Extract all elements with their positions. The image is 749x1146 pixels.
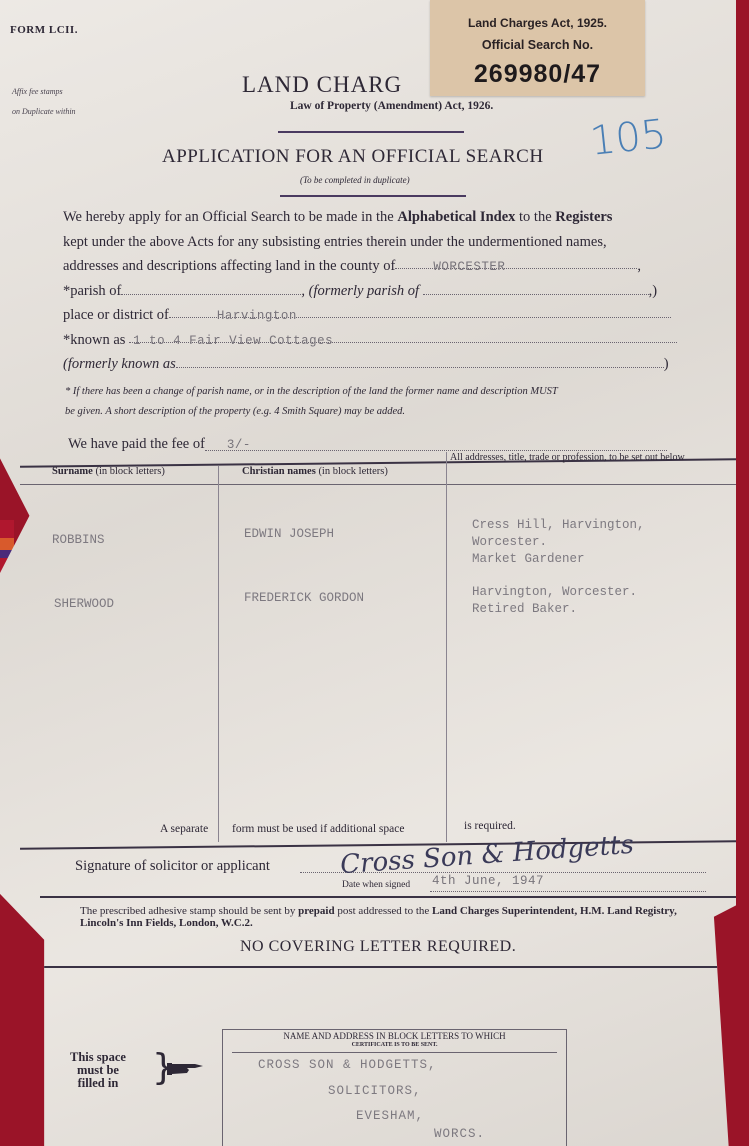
- postage-instructions: The prescribed adhesive stamp should be …: [80, 905, 710, 929]
- row2-address: Harvington, Worcester. Retired Baker.: [472, 584, 637, 618]
- form-id: FORM LCII.: [10, 24, 78, 36]
- address-line-4: WORCS.: [434, 1126, 485, 1143]
- pointing-hand-icon: [165, 1062, 205, 1076]
- county-field[interactable]: WORCESTER: [395, 254, 637, 269]
- fill-in-note: This space must be filled in: [70, 1051, 126, 1090]
- formerly-parish-field[interactable]: [423, 280, 649, 295]
- known-as-row: *known as 1 to 4 Fair View Cottages: [63, 328, 693, 353]
- signature-label: Signature of solicitor or applicant: [75, 858, 270, 875]
- form-document: FORM LCII. Affix fee stamps on Duplicate…: [0, 0, 736, 1146]
- county-row: addresses and descriptions affecting lan…: [63, 254, 693, 279]
- no-covering-letter-notice: NO COVERING LETTER REQUIRED.: [240, 938, 516, 956]
- application-title: APPLICATION FOR AN OFFICIAL SEARCH: [162, 146, 544, 168]
- formerly-known-row: (formerly known as): [63, 352, 693, 377]
- district-field[interactable]: Harvington: [169, 303, 671, 318]
- header-subtitle: Law of Property (Amendment) Act, 1926.: [290, 100, 493, 112]
- header-rule: [20, 484, 740, 485]
- official-search-number: 269980/47: [430, 60, 645, 89]
- fee-row: We have paid the fee of3/-: [68, 436, 667, 453]
- official-search-label: Land Charges Act, 1925. Official Search …: [430, 0, 645, 96]
- instruction-note: * If there has been a change of parish n…: [65, 382, 705, 422]
- divider: [280, 195, 466, 197]
- address-line-2: SOLICITORS,: [328, 1083, 422, 1100]
- address-line-3: EVESHAM,: [356, 1108, 424, 1125]
- application-subtitle: (To be completed in duplicate): [300, 175, 410, 185]
- row2-christian: FREDERICK GORDON: [244, 590, 364, 607]
- column-header-addresses: All addresses, title, trade or professio…: [450, 452, 685, 463]
- parish-field[interactable]: [121, 280, 301, 295]
- date-label: Date when signed: [342, 880, 410, 890]
- date-value: 4th June, 1947: [432, 874, 544, 888]
- address-box-header: NAME AND ADDRESS IN BLOCK LETTERS TO WHI…: [232, 1032, 557, 1053]
- column-header-surname: Surname (in block letters): [52, 466, 165, 477]
- header-title: LAND CHARG: [242, 72, 402, 98]
- affix-note: Affix fee stamps on Duplicate within: [12, 82, 76, 122]
- row1-address: Cress Hill, Harvington, Worcester. Marke…: [472, 517, 645, 568]
- parish-row: *parish of, (formerly parish of ,): [63, 279, 693, 304]
- divider: [278, 131, 464, 133]
- row2-surname: SHERWOOD: [54, 596, 114, 613]
- row1-christian: EDWIN JOSEPH: [244, 526, 334, 543]
- address-line-1: CROSS SON & HODGETTS,: [258, 1057, 437, 1074]
- fee-field[interactable]: 3/-: [205, 436, 667, 451]
- row1-surname: ROBBINS: [52, 532, 105, 549]
- intro-paragraph: We hereby apply for an Official Search t…: [63, 205, 693, 377]
- handwritten-number: 105: [588, 111, 669, 165]
- date-field[interactable]: [430, 891, 706, 892]
- known-as-field[interactable]: 1 to 4 Fair View Cottages: [129, 328, 677, 343]
- column-header-christian: Christian names (in block letters): [242, 466, 388, 477]
- formerly-known-field[interactable]: [176, 353, 664, 368]
- district-row: place or district ofHarvington: [63, 303, 693, 328]
